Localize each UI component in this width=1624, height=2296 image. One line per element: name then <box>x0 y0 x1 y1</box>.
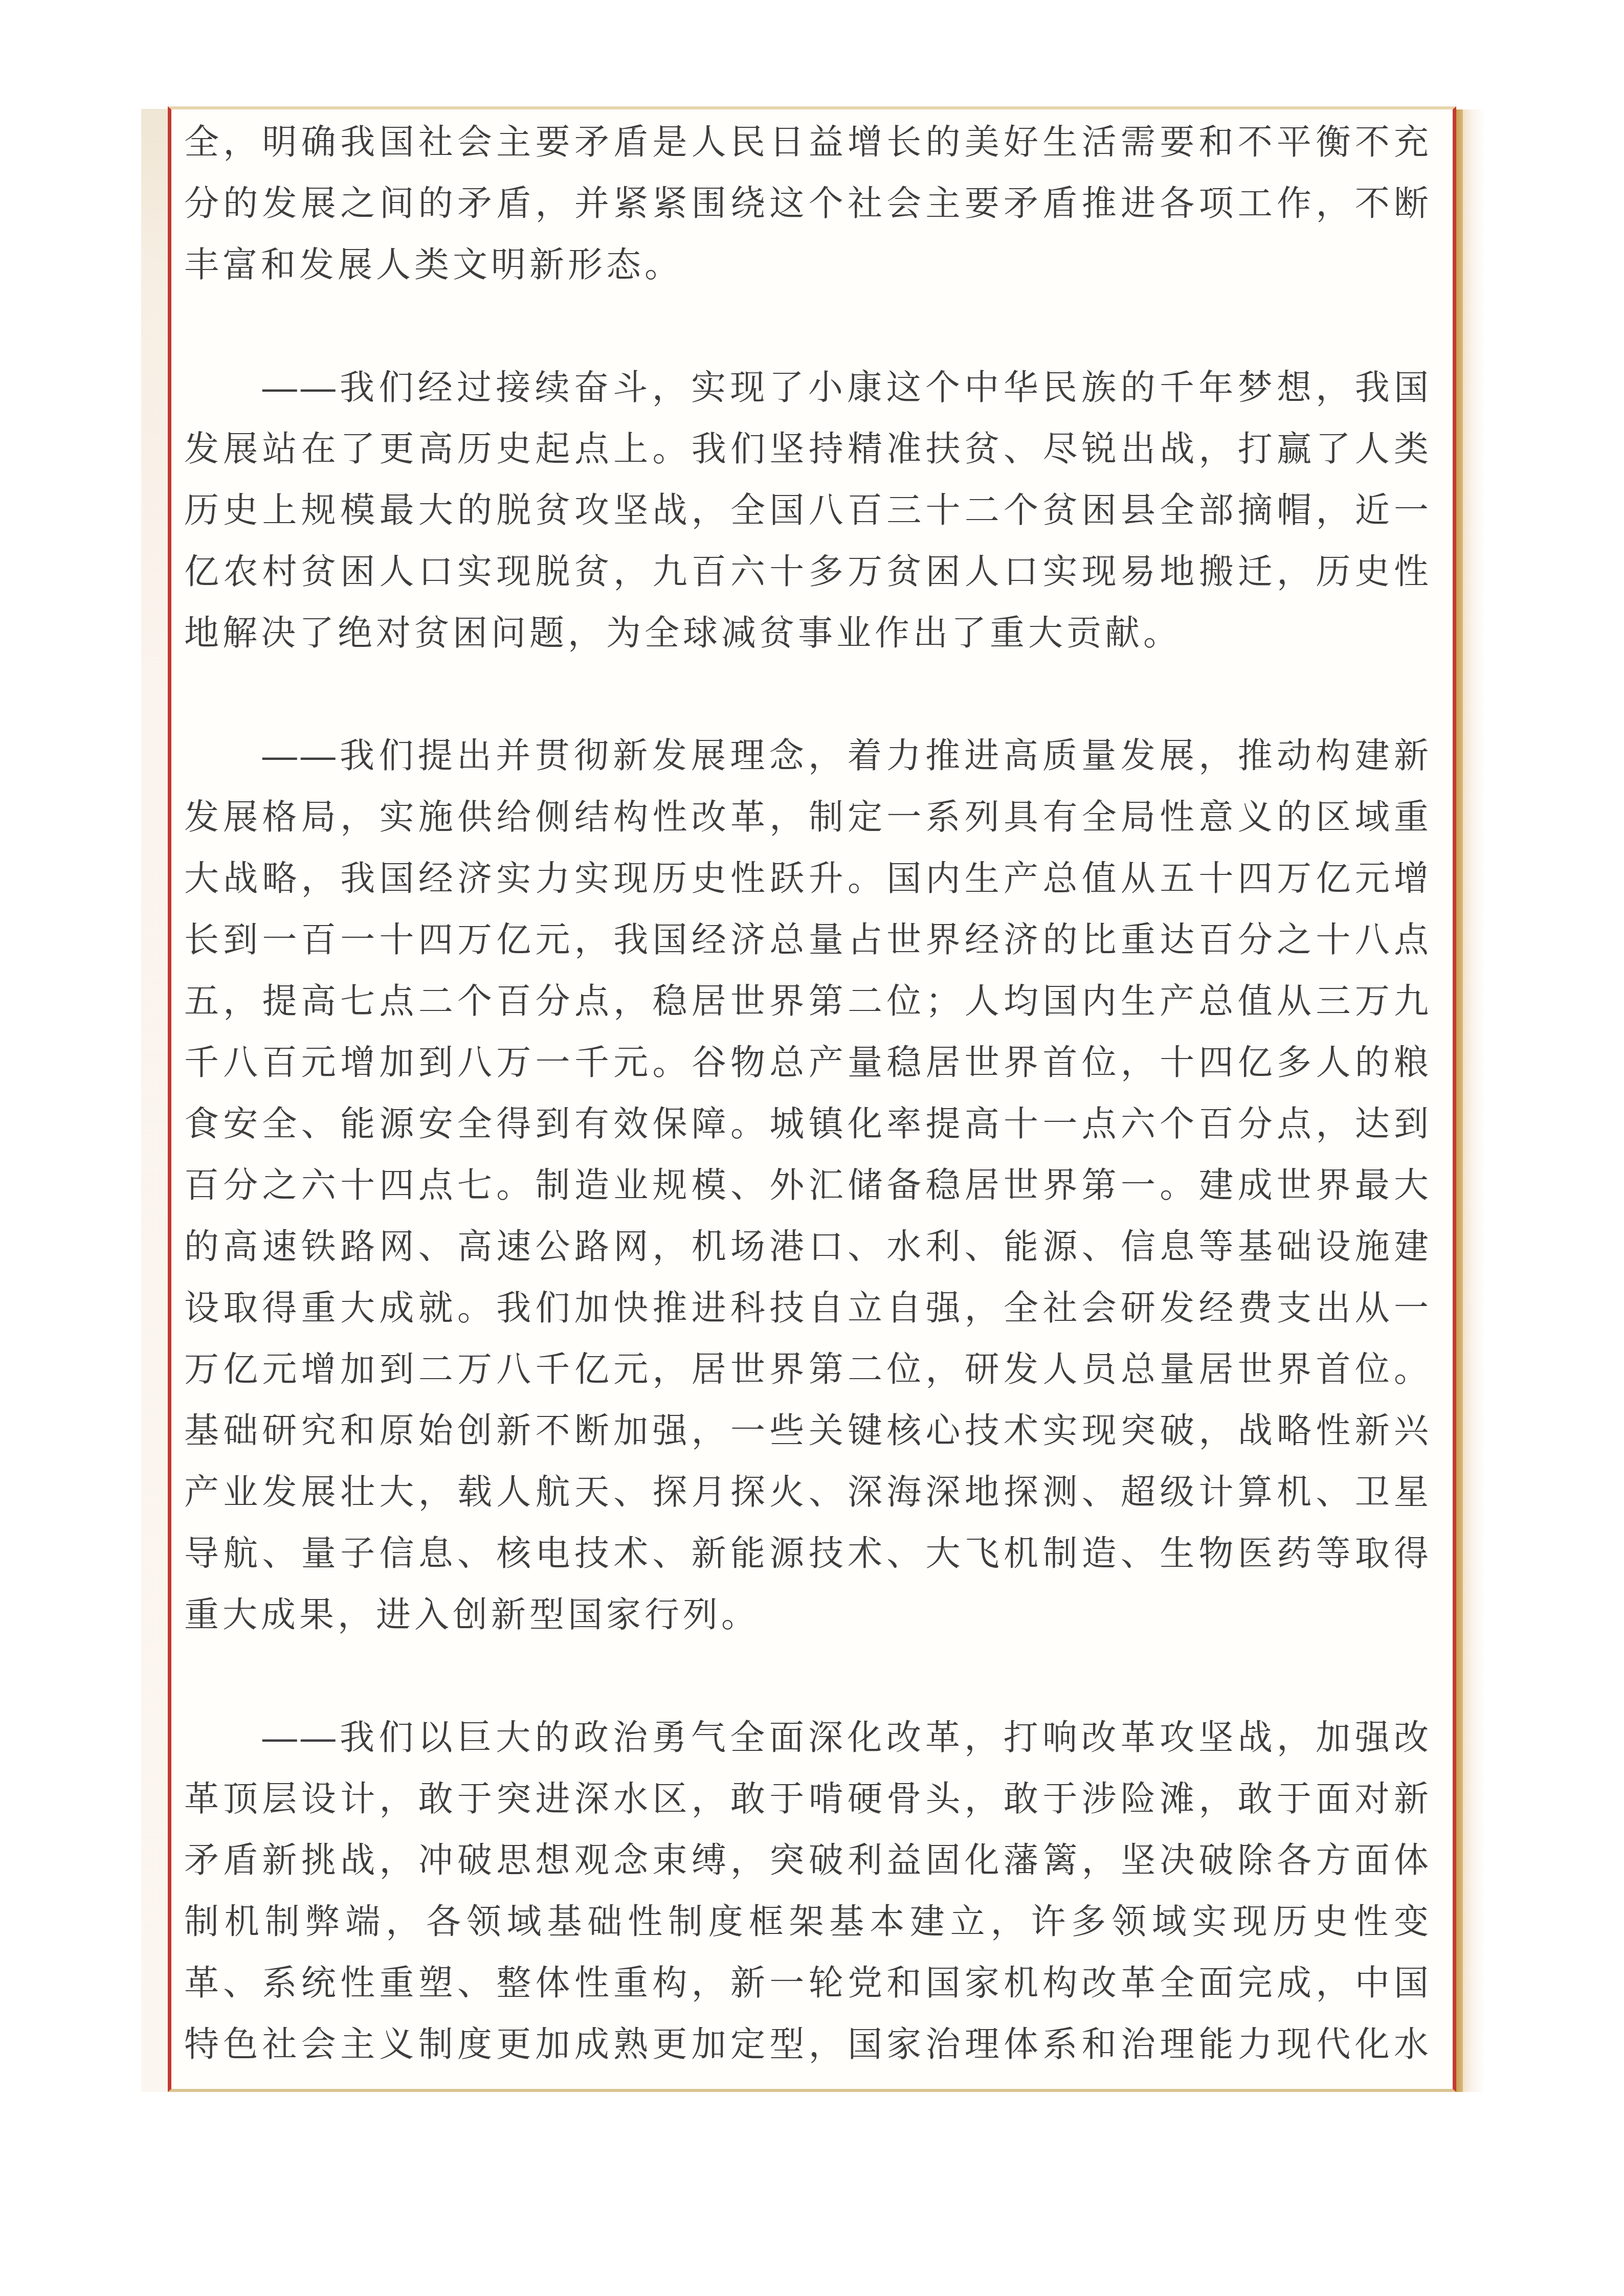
text-line: 产业发展壮大，载人航天、探月探火、深海深地探测、超级计算机、卫星 <box>184 1461 1432 1523</box>
text-line: 革、系统性重塑、整体性重构，新一轮党和国家机构改革全面完成，中国 <box>184 1952 1432 2014</box>
card-left-glow <box>141 109 168 2092</box>
paragraph: ——我们提出并贯彻新发展理念，着力推进高质量发展，推动构建新发展格局，实施供给侧… <box>184 725 1432 1646</box>
content-card: 全，明确我国社会主要矛盾是人民日益增长的美好生活需要和不平衡不充分的发展之间的矛… <box>168 106 1456 2092</box>
text-line: 的高速铁路网、高速公路网，机场港口、水利、能源、信息等基础设施建 <box>184 1216 1432 1277</box>
text-line: 百分之六十四点七。制造业规模、外汇储备稳居世界第一。建成世界最大 <box>184 1155 1432 1216</box>
text-line: 重大成果，进入创新型国家行列。 <box>184 1584 1432 1646</box>
text-line: ——我们经过接续奋斗，实现了小康这个中华民族的千年梦想，我国 <box>184 357 1432 418</box>
paragraph: ——我们经过接续奋斗，实现了小康这个中华民族的千年梦想，我国发展站在了更高历史起… <box>184 357 1432 664</box>
text-line: 全，明确我国社会主要矛盾是人民日益增长的美好生活需要和不平衡不充 <box>184 111 1432 173</box>
article-page: 全，明确我国社会主要矛盾是人民日益增长的美好生活需要和不平衡不充分的发展之间的矛… <box>0 0 1624 2296</box>
text-line: 导航、量子信息、核电技术、新能源技术、大飞机制造、生物医药等取得 <box>184 1523 1432 1584</box>
text-line: 食安全、能源安全得到有效保障。城镇化率提高十一点六个百分点，达到 <box>184 1093 1432 1155</box>
text-line: 五，提高七点二个百分点，稳居世界第二位；人均国内生产总值从三万九 <box>184 971 1432 1032</box>
card-right-gold-shadow <box>1456 109 1463 2092</box>
text-line: ——我们提出并贯彻新发展理念，着力推进高质量发展，推动构建新 <box>184 725 1432 786</box>
text-line: 万亿元增加到二万八千亿元，居世界第二位，研发人员总量居世界首位。 <box>184 1339 1432 1400</box>
text-line: 地解决了绝对贫困问题，为全球减贫事业作出了重大贡献。 <box>184 602 1432 664</box>
card-right-glow <box>1463 109 1483 2092</box>
text-line: 分的发展之间的矛盾，并紧紧围绕这个社会主要矛盾推进各项工作，不断 <box>184 173 1432 234</box>
paragraph: 全，明确我国社会主要矛盾是人民日益增长的美好生活需要和不平衡不充分的发展之间的矛… <box>184 111 1432 296</box>
text-line: 发展站在了更高历史起点上。我们坚持精准扶贫、尽锐出战，打赢了人类 <box>184 418 1432 480</box>
text-line: ——我们以巨大的政治勇气全面深化改革，打响改革攻坚战，加强改 <box>184 1707 1432 1768</box>
text-line: 亿农村贫困人口实现脱贫，九百六十多万贫困人口实现易地搬迁，历史性 <box>184 541 1432 602</box>
text-line: 长到一百一十四万亿元，我国经济总量占世界经济的比重达百分之十八点 <box>184 909 1432 971</box>
text-line: 特色社会主义制度更加成熟更加定型，国家治理体系和治理能力现代化水 <box>184 2014 1432 2075</box>
text-line: 基础研究和原始创新不断加强，一些关键核心技术实现突破，战略性新兴 <box>184 1400 1432 1461</box>
paragraph: ——我们以巨大的政治勇气全面深化改革，打响改革攻坚战，加强改革顶层设计，敢于突进… <box>184 1707 1432 2075</box>
article-body: 全，明确我国社会主要矛盾是人民日益增长的美好生活需要和不平衡不充分的发展之间的矛… <box>171 109 1453 2087</box>
text-line: 制机制弊端，各领域基础性制度框架基本建立，许多领域实现历史性变 <box>184 1891 1432 1952</box>
text-line: 历史上规模最大的脱贫攻坚战，全国八百三十二个贫困县全部摘帽，近一 <box>184 480 1432 541</box>
text-line: 设取得重大成就。我们加快推进科技自立自强，全社会研发经费支出从一 <box>184 1277 1432 1339</box>
text-line: 千八百元增加到八万一千元。谷物总产量稳居世界首位，十四亿多人的粮 <box>184 1032 1432 1093</box>
text-line: 矛盾新挑战，冲破思想观念束缚，突破利益固化藩篱，坚决破除各方面体 <box>184 1830 1432 1891</box>
text-line: 革顶层设计，敢于突进深水区，敢于啃硬骨头，敢于涉险滩，敢于面对新 <box>184 1768 1432 1830</box>
text-line: 大战略，我国经济实力实现历史性跃升。国内生产总值从五十四万亿元增 <box>184 848 1432 909</box>
text-line: 发展格局，实施供给侧结构性改革，制定一系列具有全局性意义的区域重 <box>184 786 1432 848</box>
text-line: 丰富和发展人类文明新形态。 <box>184 234 1432 296</box>
